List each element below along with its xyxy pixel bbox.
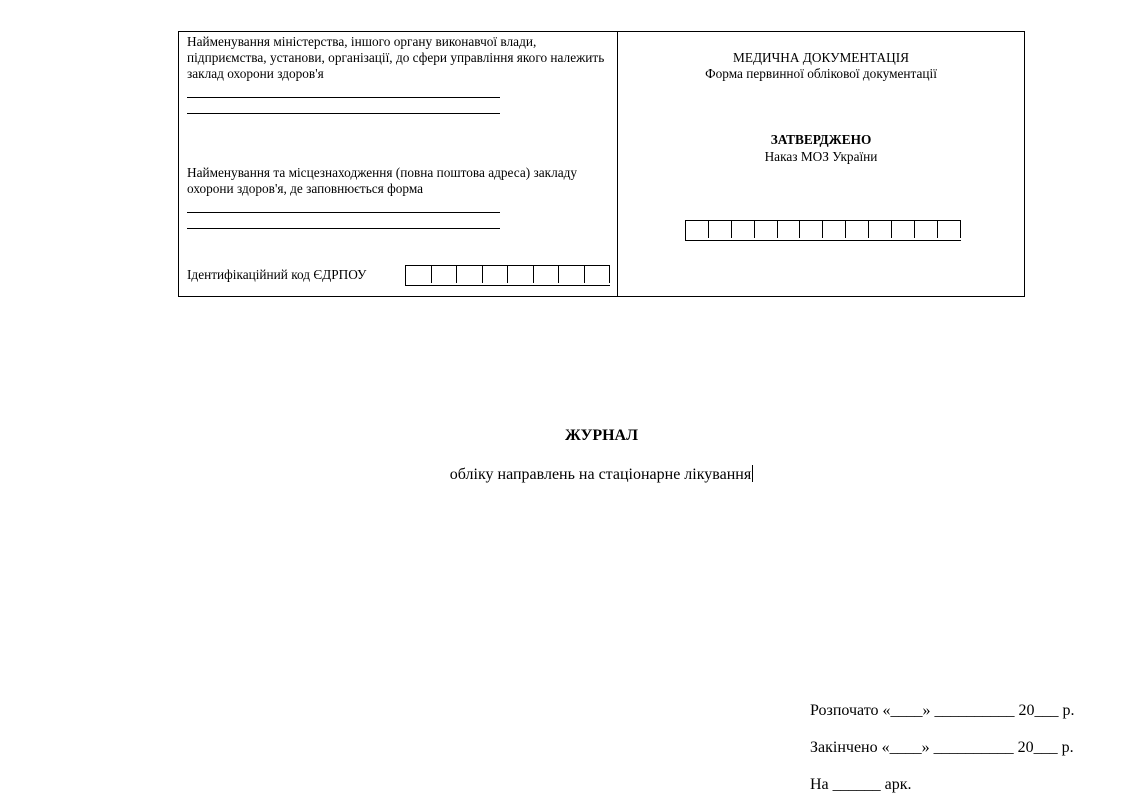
form-code-cell[interactable] (755, 221, 778, 238)
journal-subtitle[interactable]: обліку направлень на стаціонарне лікуван… (0, 465, 1143, 485)
edrpou-cell[interactable] (432, 266, 458, 283)
form-code-cell[interactable] (686, 221, 709, 238)
facility-label: Найменування та місцезнаходження (повна … (187, 165, 612, 197)
edrpou-cell[interactable] (585, 266, 611, 283)
doc-type: МЕДИЧНА ДОКУМЕНТАЦІЯ (618, 50, 1024, 66)
edrpou-label: Ідентифікаційний код ЄДРПОУ (187, 267, 366, 283)
edrpou-code-cells[interactable] (405, 265, 610, 286)
authority-fill-line-2[interactable] (187, 113, 500, 114)
text-cursor (752, 465, 753, 482)
edrpou-cell[interactable] (406, 266, 432, 283)
form-code-cell[interactable] (732, 221, 755, 238)
started-date-line[interactable]: Розпочато «____» __________ 20___ р. (810, 701, 1074, 721)
form-code-cell[interactable] (823, 221, 846, 238)
form-code-cell[interactable] (938, 221, 961, 238)
edrpou-cell[interactable] (457, 266, 483, 283)
form-code-cell[interactable] (800, 221, 823, 238)
doc-form: Форма первинної облікової документації (618, 66, 1024, 82)
edrpou-cell[interactable] (534, 266, 560, 283)
authority-label: Найменування міністерства, іншого органу… (187, 34, 612, 82)
header-right-panel: МЕДИЧНА ДОКУМЕНТАЦІЯ Форма первинної обл… (618, 32, 1024, 296)
form-code-cells[interactable] (685, 220, 961, 241)
finished-date-line[interactable]: Закінчено «____» __________ 20___ р. (810, 738, 1074, 758)
approved-by: Наказ МОЗ України (618, 149, 1024, 165)
authority-fill-line-1[interactable] (187, 97, 500, 98)
form-header-frame: Найменування міністерства, іншого органу… (178, 31, 1025, 297)
edrpou-cell[interactable] (559, 266, 585, 283)
form-code-cell[interactable] (709, 221, 732, 238)
form-code-cell[interactable] (892, 221, 915, 238)
form-code-cell[interactable] (846, 221, 869, 238)
edrpou-cell[interactable] (508, 266, 534, 283)
form-code-cell[interactable] (915, 221, 938, 238)
facility-fill-line-1[interactable] (187, 212, 500, 213)
facility-fill-line-2[interactable] (187, 228, 500, 229)
edrpou-cell[interactable] (483, 266, 509, 283)
form-code-cell[interactable] (778, 221, 801, 238)
journal-subtitle-text: обліку направлень на стаціонарне лікуван… (450, 466, 751, 483)
sheets-count-line[interactable]: На ______ арк. (810, 775, 912, 795)
approved-label: ЗАТВЕРДЖЕНО (618, 132, 1024, 148)
journal-title: ЖУРНАЛ (0, 426, 1143, 446)
form-code-cell[interactable] (869, 221, 892, 238)
header-left-panel: Найменування міністерства, іншого органу… (179, 32, 617, 296)
